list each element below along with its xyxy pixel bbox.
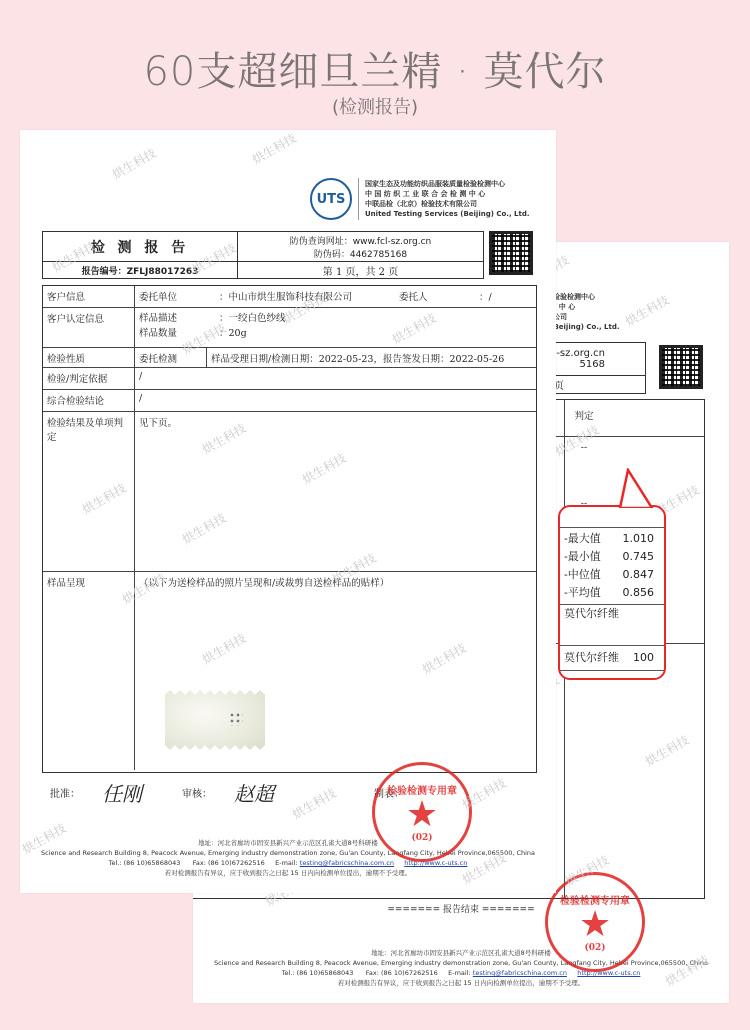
stat-min-value: 0.745 [623, 548, 655, 566]
star-icon: ★ [579, 907, 611, 943]
star-icon: ★ [406, 797, 438, 833]
fiber-content-label: 莫代尔纤维 [564, 646, 619, 670]
lab-name-line: 中联品检（北京）检验技术有限公司 [365, 199, 530, 209]
anti-fake-code: 防伪码：4462785168 [314, 247, 407, 260]
label-customer-info: 客户信息 [43, 286, 135, 307]
fiber-type-label: 莫代尔纤维 [564, 605, 619, 645]
stat-max-value: 1.010 [623, 530, 655, 548]
stat-median-label: -中位值 [564, 566, 601, 584]
sample-desc-value: ：一绞白色纱线 [219, 311, 286, 326]
lab-name-line: United Testing Services (Beijing) Co., L… [365, 209, 530, 219]
p2-code: 5168 [580, 359, 605, 370]
uts-logo-icon: UTS [310, 178, 352, 220]
footer: 地址：河北省廊坊市固安县新兴产业示范区孔雀大道8号科研楼 Science and… [20, 838, 556, 878]
inspection-type-value: 委托检测 [135, 348, 207, 367]
lab-logo-block: UTS 国家生态及功能纺织品服装质量检验检测中心 中 国 纺 织 工 业 联 合… [310, 178, 530, 220]
watermark-text: 烘生科技 [109, 144, 159, 183]
label-results: 检验结果及单项判定 [43, 412, 135, 571]
signature-row: 批准： 任刚 审核： 赵超 制表： [50, 778, 404, 807]
email-link[interactable]: testing@fabricschina.com.cn [300, 859, 394, 867]
qr-code-icon [489, 231, 533, 275]
anti-fake-url: 防伪查询网址：www.fcl-sz.org.cn [290, 234, 432, 247]
callout-pointer [610, 468, 670, 508]
p2-url: l-sz.org.cn [554, 348, 605, 359]
header-table: 检 测 报 告 防伪查询网址：www.fcl-sz.org.cn 防伪码：446… [42, 231, 484, 279]
fiber-content-value: 100 [633, 646, 654, 670]
official-stamp: 检验检测专用章 ★ (02) [545, 872, 645, 972]
watermark-text: 烘生科技 [249, 130, 299, 168]
label-inspection-type: 检验性质 [43, 348, 135, 367]
results-callout: -最大值1.010 -最小值0.745 -中位值0.847 -平均值0.856 … [558, 505, 666, 680]
lab-name-line: 中 国 纺 织 工 业 联 合 会 检 测 中 心 [365, 189, 530, 199]
p2-footer: 地址：河北省廊坊市固安县新兴产业示范区孔雀大道8号科研楼 Science and… [193, 948, 729, 988]
page-title: 60支超细旦兰精 · 莫代尔 [0, 40, 750, 97]
page-info: 第 1 页，共 2 页 [238, 262, 483, 278]
report-end-mark: ======= 报告结束 ======= [193, 902, 729, 915]
report-main-table: 客户信息 委托单位：中山市烘生服饰科技有限公司委托人：/ 客户认定信息 样品描述… [42, 285, 537, 773]
label-sample-show: 样品呈现 [43, 572, 135, 770]
label-basis: 检验/判定依据 [43, 368, 135, 389]
stat-min-label: -最小值 [564, 548, 601, 566]
reviewer-signature: 赵超 [234, 778, 274, 807]
qr-code-icon [659, 345, 703, 389]
label-conclusion: 综合检验结论 [43, 390, 135, 411]
doc-title: 检 测 报 告 [43, 232, 238, 261]
col-header-judgment: 判定 [564, 408, 604, 422]
sample-qty-value: ：20g [219, 326, 247, 341]
client-unit-value: ：中山市烘生服饰科技有限公司 [219, 289, 399, 303]
judgment-value: -- [564, 442, 604, 453]
label-customer-confirm: 客户认定信息 [43, 308, 135, 347]
stat-median-value: 0.847 [623, 566, 655, 584]
lab-name-line: 国家生态及功能纺织品服装质量检验检测中心 [365, 179, 530, 189]
stat-mean-value: 0.856 [623, 584, 655, 602]
report-number: 报告编号：ZFLJ88017263 [43, 262, 238, 278]
stat-mean-label: -平均值 [564, 584, 601, 602]
dates-value: 样品受理日期/检测日期：2022-05-23，报告签发日期：2022-05-26 [207, 348, 536, 367]
report-page-1: UTS 国家生态及功能纺织品服装质量检验检测中心 中 国 纺 织 工 业 联 合… [20, 130, 556, 893]
watermark-text: 烘生科技 [622, 291, 672, 330]
approver-signature: 任刚 [102, 778, 142, 807]
sample-swatch-image [165, 690, 265, 750]
official-stamp: 检验检测专用章 ★ (02) [372, 762, 472, 862]
stat-max-label: -最大值 [564, 530, 601, 548]
page-subtitle: (检测报告) [0, 93, 750, 119]
